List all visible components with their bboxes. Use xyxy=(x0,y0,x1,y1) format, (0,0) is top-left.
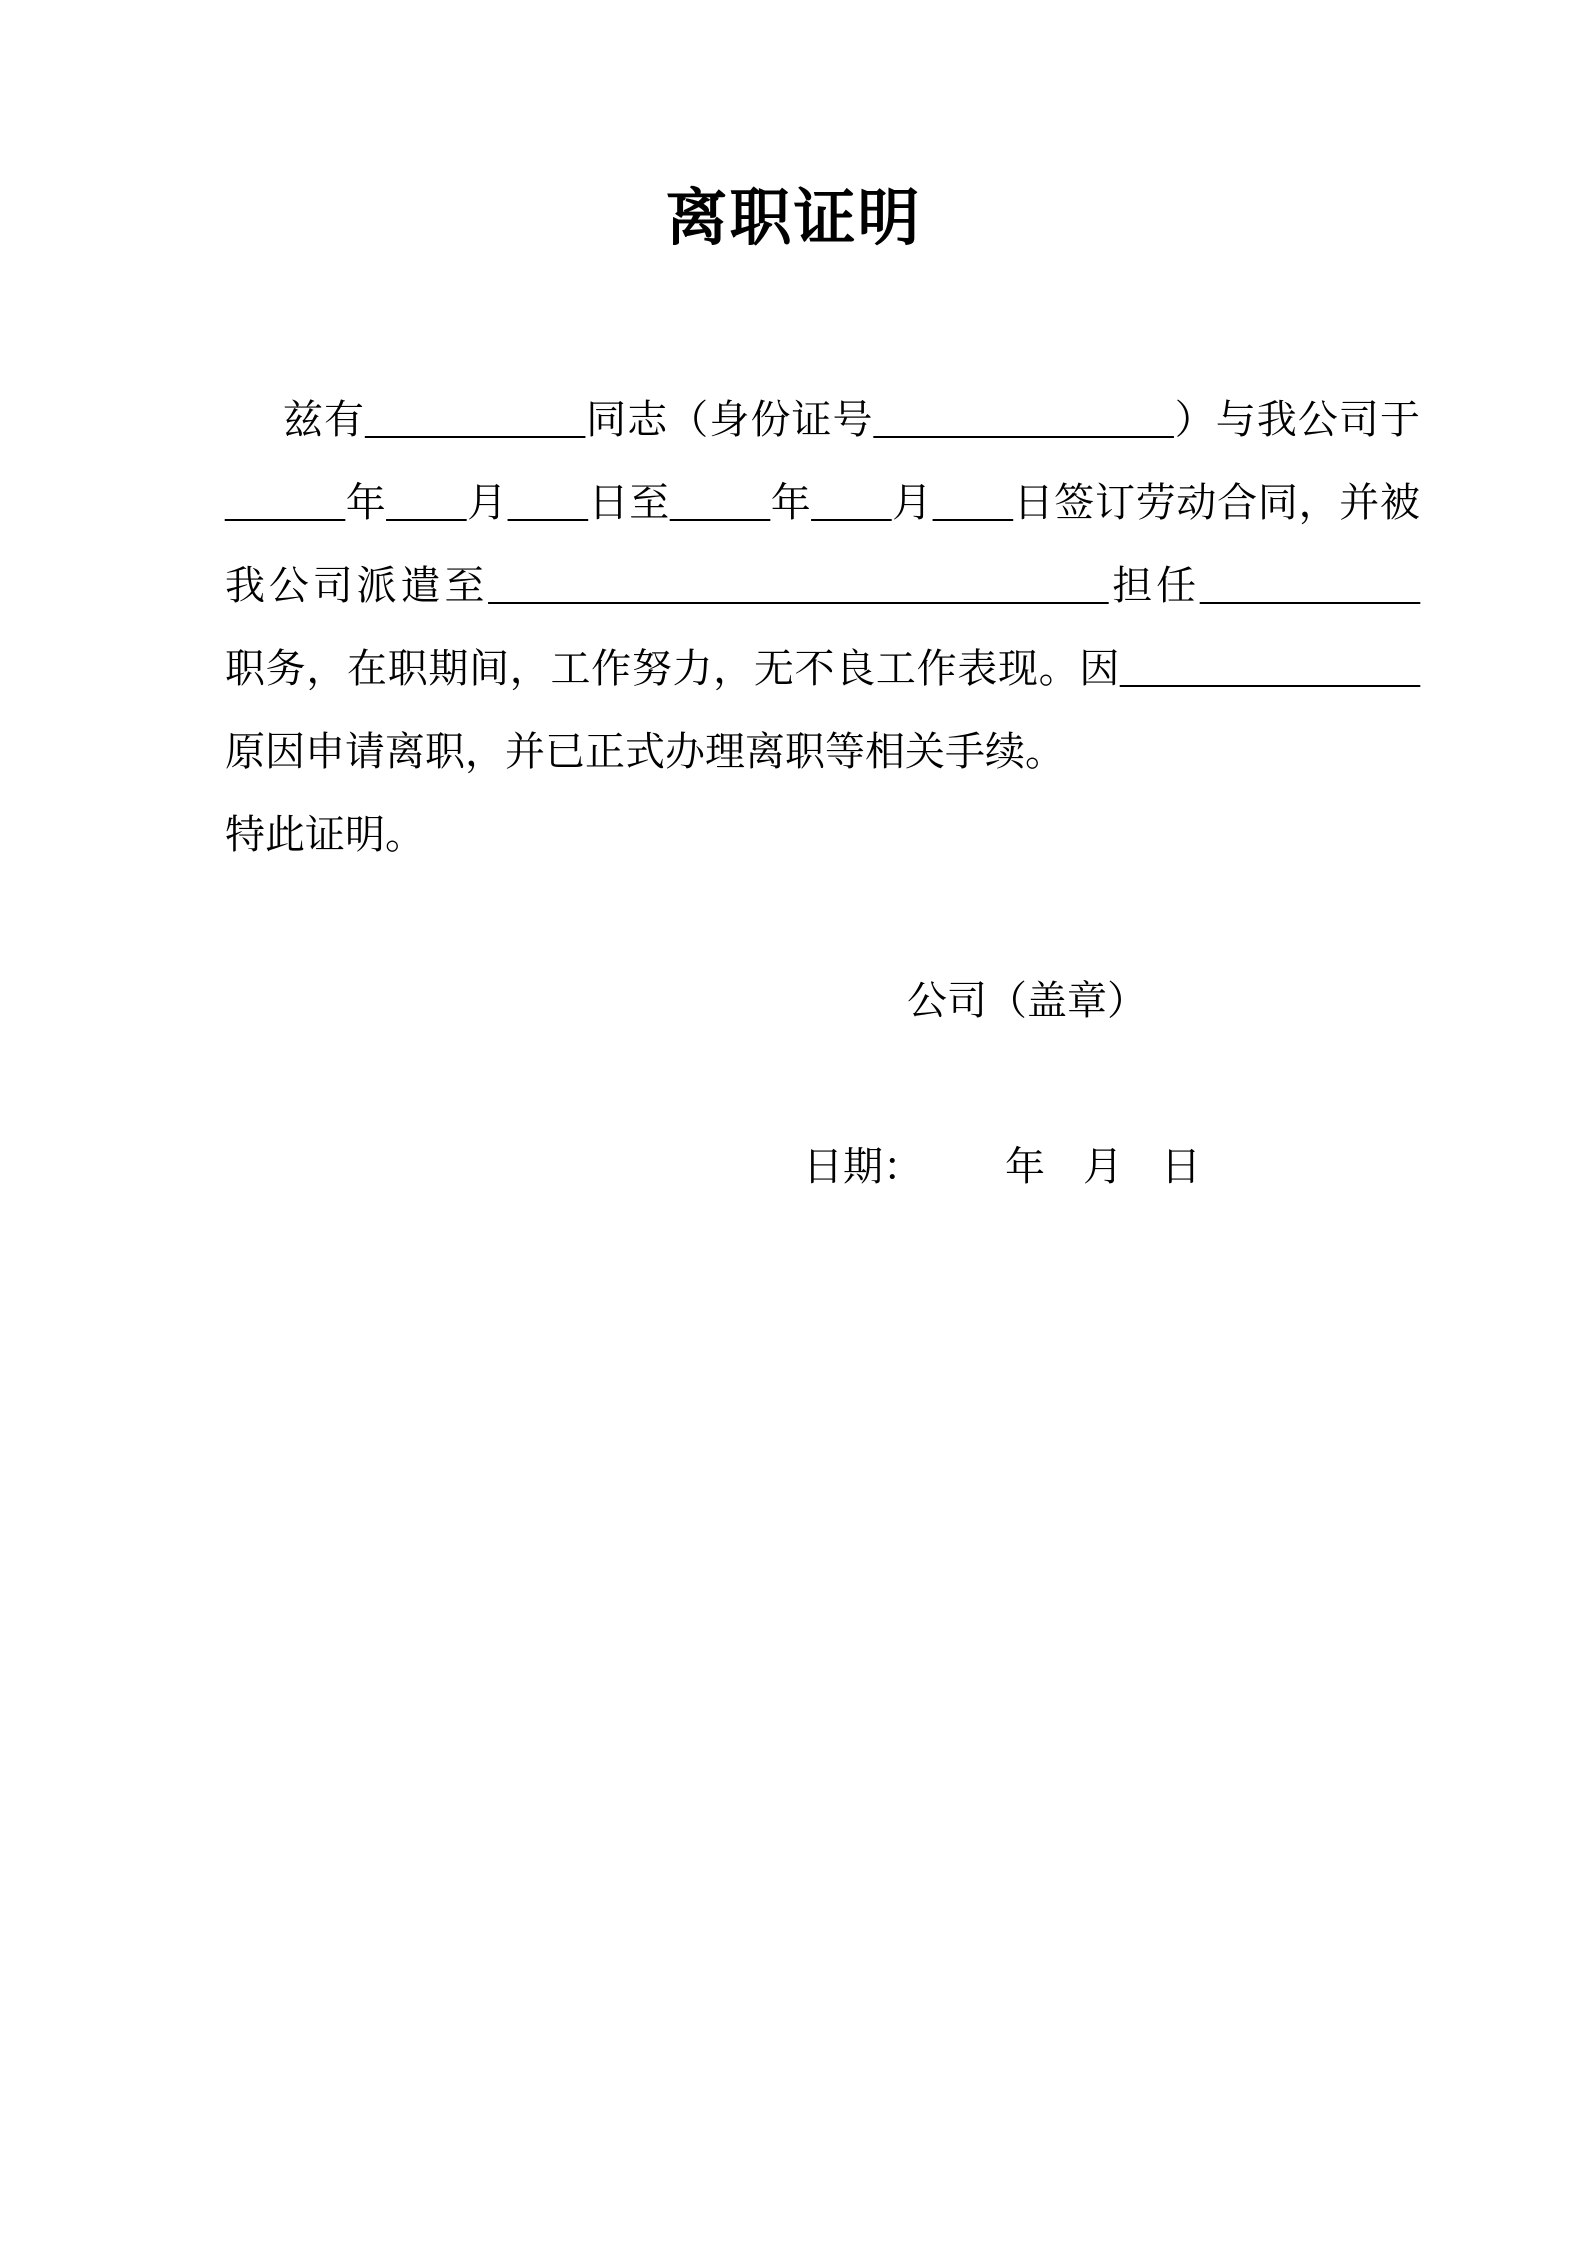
body-line-6: 特此证明。 xyxy=(225,793,1420,876)
document-body: 兹有___________同志（身份证号_______________）与我公司… xyxy=(225,378,1420,1208)
document-title: 离职证明 xyxy=(0,0,1587,260)
date-line: 日期：年月日 xyxy=(225,1125,1420,1208)
body-line-5: 原因申请离职，并已正式办理离职等相关手续。 xyxy=(225,710,1420,793)
body-line-1: 兹有___________同志（身份证号_______________）与我公司… xyxy=(225,378,1420,461)
company-seal-label: 公司（盖章） xyxy=(907,959,1147,1042)
blank-line xyxy=(225,876,1420,959)
blank-line xyxy=(225,1042,1420,1125)
body-line-3: 我公司派遣至_______________________________担任_… xyxy=(225,544,1420,627)
date-day-label: 日 xyxy=(1161,1125,1201,1208)
date-year-label: 年 xyxy=(1005,1125,1045,1208)
company-seal-line: 公司（盖章） xyxy=(225,959,1420,1042)
date-label: 日期： xyxy=(803,1125,923,1208)
body-line-4: 职务，在职期间，工作努力，无不良工作表现。因_______________ xyxy=(225,627,1420,710)
date-month-label: 月 xyxy=(1083,1125,1123,1208)
body-line-2: ______年____月____日至_____年____月____日签订劳动合同… xyxy=(225,461,1420,544)
resignation-certificate-page: 离职证明 兹有___________同志（身份证号_______________… xyxy=(0,0,1587,2245)
